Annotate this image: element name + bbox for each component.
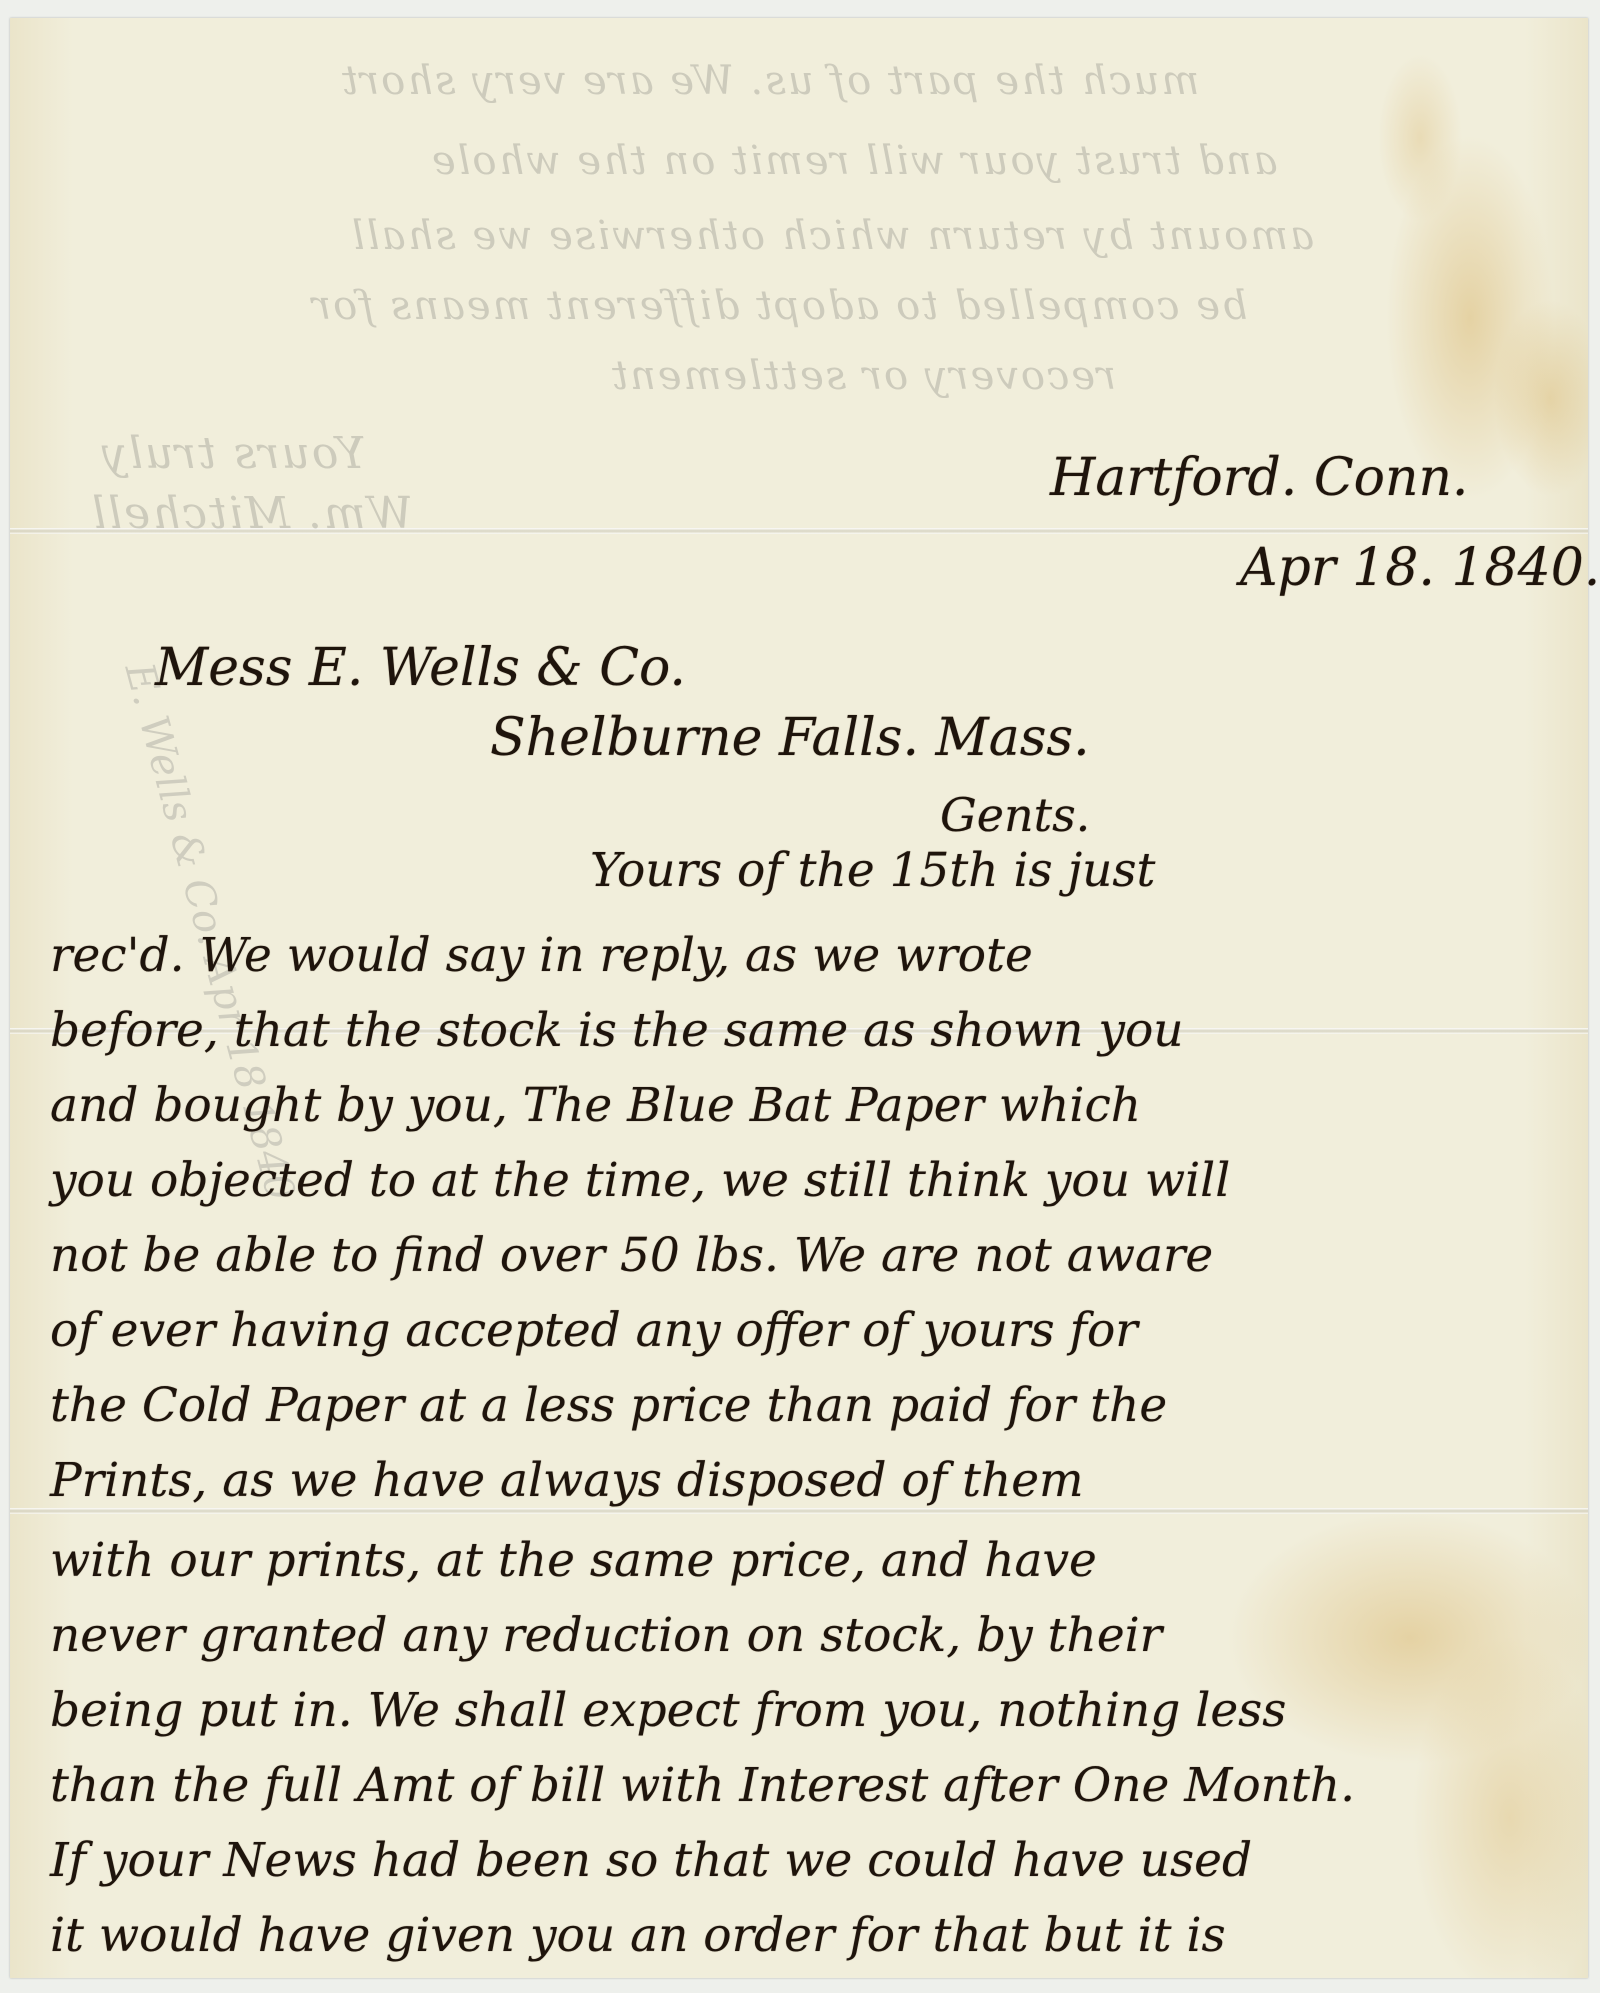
bleed-through-line: much the part of us. We are very short — [340, 58, 1199, 104]
salutation: Gents. — [940, 788, 1090, 842]
body-line: never granted any reduction on stock, by… — [50, 1608, 1162, 1663]
body-line: being put in. We shall expect from you, … — [50, 1683, 1286, 1738]
body-line: not be able to find over 50 lbs. We are … — [50, 1228, 1213, 1283]
body-line: you objected to at the time, we still th… — [50, 1153, 1230, 1208]
body-line: with our prints, at the same price, and … — [50, 1533, 1097, 1588]
bleed-through-signoff: Yours truly — [100, 428, 366, 479]
addressee: Mess E. Wells & Co. — [155, 638, 686, 698]
body-line: and bought by you, The Blue Bat Paper wh… — [50, 1078, 1141, 1133]
fold-crease — [10, 1508, 1588, 1514]
body-line: of ever having accepted any offer of you… — [50, 1303, 1138, 1358]
bleed-through-signature: Wm. Mitchell — [90, 488, 413, 539]
body-line: Prints, as we have always disposed of th… — [50, 1453, 1084, 1508]
body-line: rec'd. We would say in reply, as we wrot… — [50, 928, 1033, 983]
bleed-through-line: and trust your will remit on the whole — [430, 138, 1277, 184]
addressee-location: Shelburne Falls. Mass. — [490, 708, 1090, 768]
body-line: it would have given you an order for tha… — [50, 1908, 1226, 1963]
body-line: If your News had been so that we could h… — [50, 1833, 1252, 1888]
body-line: Yours of the 15th is just — [590, 843, 1155, 898]
bleed-through-line: be compelled to adopt different means fo… — [310, 283, 1248, 329]
letter-page: much the part of us. We are very short a… — [10, 18, 1588, 1978]
letter-date: Apr 18. 1840. — [1240, 538, 1600, 598]
body-line: the Cold Paper at a less price than paid… — [50, 1378, 1167, 1433]
body-line: before, that the stock is the same as sh… — [50, 1003, 1184, 1058]
bleed-through-line: recovery or settlement — [610, 353, 1116, 399]
letter-place: Hartford. Conn. — [1050, 448, 1468, 508]
bleed-through-line: amount by return which otherwise we shal… — [350, 213, 1314, 259]
body-line: than the full Amt of bill with Interest … — [50, 1758, 1355, 1813]
